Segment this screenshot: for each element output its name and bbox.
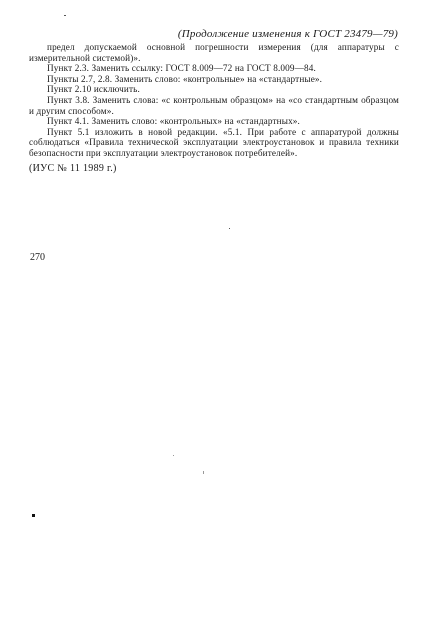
scan-artifact [173, 455, 174, 456]
paragraph: Пункт 4.1. Заменить слово: «контрольных»… [29, 116, 399, 127]
paragraph: Пункт 5.1 изложить в новой редакции. «5.… [29, 127, 399, 159]
paragraph: Пункты 2.7, 2.8. Заменить слово: «контро… [29, 74, 399, 85]
scan-artifact [229, 228, 230, 229]
scan-artifact [64, 15, 66, 16]
paragraph: Пункт 2.3. Заменить ссылку: ГОСТ 8.009—7… [29, 63, 399, 74]
document-page: (Продолжение изменения к ГОСТ 23479—79) … [0, 0, 427, 631]
page-number: 270 [30, 252, 45, 263]
paragraph: предел допускаемой основной погрешности … [29, 42, 399, 63]
continuation-header: (Продолжение изменения к ГОСТ 23479—79) [178, 28, 398, 40]
paragraph: Пункт 3.8. Заменить слова: «с контрольны… [29, 95, 399, 116]
scan-artifact [203, 471, 204, 474]
document-body: предел допускаемой основной погрешности … [29, 42, 399, 174]
paragraph: Пункт 2.10 исключить. [29, 84, 399, 95]
scan-artifact [32, 514, 35, 517]
reference-note: (ИУС № 11 1989 г.) [29, 164, 399, 175]
